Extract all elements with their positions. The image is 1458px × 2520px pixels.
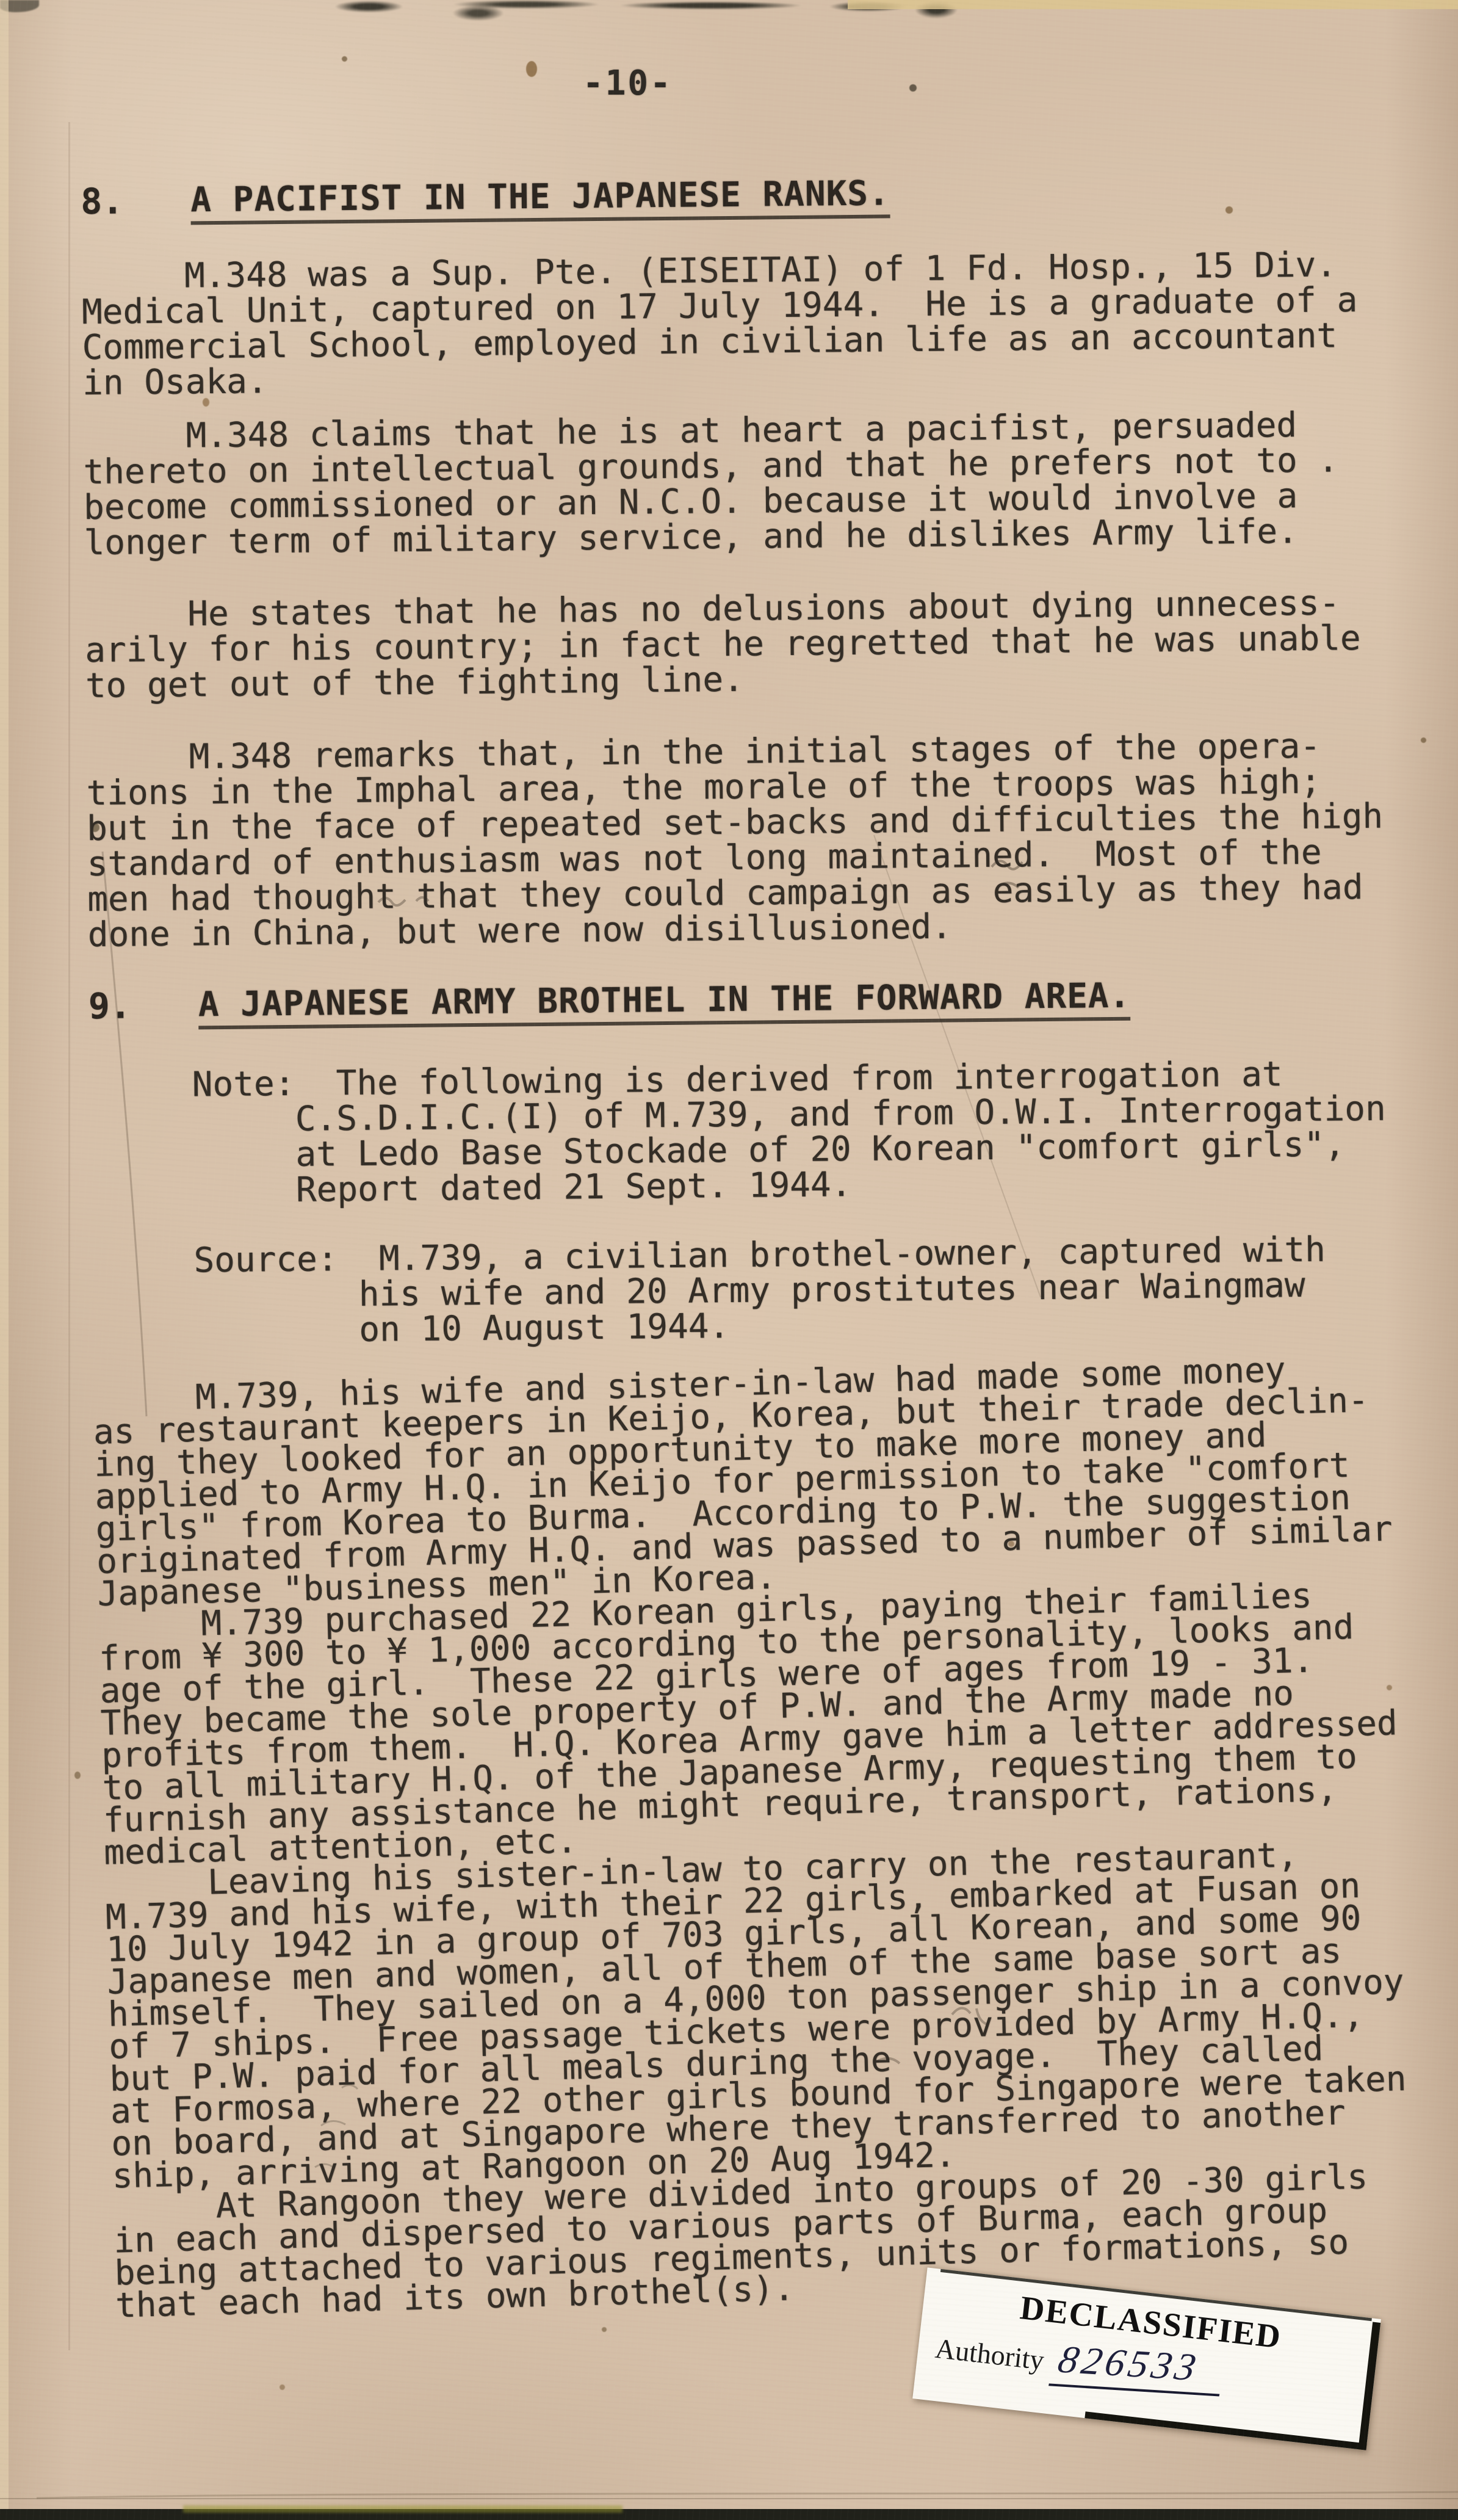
section-9-heading: 9. A JAPANESE ARMY BROTHEL IN THE FORWAR…: [88, 976, 1450, 1030]
paper-speck: [74, 1772, 81, 1779]
paragraph: M.348 claims that he is at heart a pacif…: [83, 407, 1445, 561]
scanned-document-page: { "page": { "number": "-10-" }, "sec8": …: [0, 0, 1458, 2520]
section-9-title: A JAPANESE ARMY BROTHEL IN THE FORWARD A…: [198, 979, 1131, 1030]
stamp-authority-label: Authority: [934, 2332, 1046, 2377]
stamp-authority-number: 826533: [1048, 2337, 1229, 2397]
paragraph: He states that he has no delusions about…: [85, 585, 1447, 704]
note-block: Note: The following is derived from inte…: [89, 1055, 1451, 1210]
section-9-number: 9.: [88, 988, 132, 1024]
paragraph: M.348 remarks that, in the initial stage…: [86, 728, 1449, 953]
section-8-number: 8.: [81, 183, 124, 219]
typed-content: 8. A PACIFIST IN THE JAPANESE RANKS. M.3…: [79, 0, 1458, 2322]
scan-edge-olive-tint: [183, 2505, 623, 2513]
paper-speck: [602, 2327, 607, 2332]
paragraph: Leaving his sister-in-law to carry on th…: [104, 1834, 1458, 2192]
paper-fold-line: [68, 122, 70, 2350]
paragraph: M.739 purchased 22 Korean girls, paying …: [98, 1576, 1458, 1869]
paper-speck: [280, 2384, 285, 2390]
section-8-heading: 8. A PACIFIST IN THE JAPANESE RANKS.: [81, 171, 1442, 226]
paragraph: M.739, his wife and sister-in-law had ma…: [92, 1350, 1458, 1610]
bottom-crease: [0, 2498, 1458, 2499]
source-block: Source: M.739, a civilian brothel-owner,…: [91, 1231, 1453, 1350]
section-9-body: M.739, his wife and sister-in-law had ma…: [92, 1350, 1458, 2322]
paragraph: M.348 was a Sup. Pte. (EISEITAI) of 1 Fd…: [81, 247, 1443, 401]
section-8-title: A PACIFIST IN THE JAPANESE RANKS.: [190, 176, 890, 225]
page-edge-left: [0, 0, 9, 2520]
